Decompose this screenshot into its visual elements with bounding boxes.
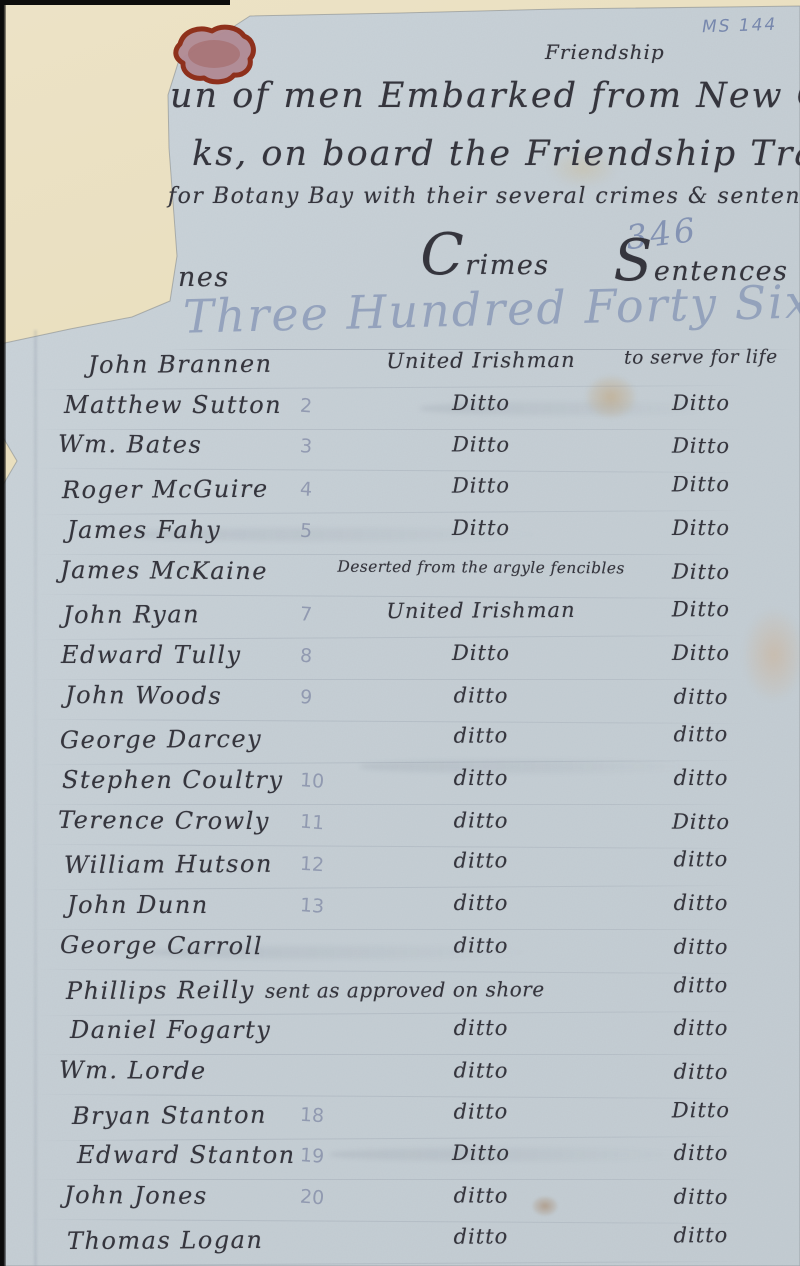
crime-entry: ditto (332, 1016, 630, 1040)
table-row: George Darceydittoditto (0, 722, 800, 769)
sentence-entry: ditto (608, 934, 794, 959)
table-row: Terence Crowly11dittoDitto (0, 805, 800, 852)
pencil-row-number: 7 (299, 603, 312, 626)
table-row: John Woods9dittoditto (0, 680, 800, 727)
pencil-row-number: 19 (299, 1144, 325, 1168)
sentence-entry: ditto (608, 1141, 794, 1165)
table-row: George Carrolldittoditto (0, 930, 800, 977)
convict-name: Matthew Sutton (64, 391, 282, 419)
convict-name: Roger McGuire (62, 475, 269, 504)
sentence-entry: Ditto (608, 516, 794, 540)
sentence-entry: Ditto (608, 597, 794, 622)
crime-entry: Ditto (332, 516, 630, 540)
convict-name: William Hutson (64, 850, 273, 879)
crime-entry: Ditto (332, 432, 630, 458)
crime-entry: United Irishman (332, 348, 630, 374)
pencil-row-number: 3 (299, 435, 313, 458)
sentence-entry: Ditto (608, 472, 794, 497)
table-row: John Ryan7United IrishmanDitto (0, 597, 800, 644)
crime-entry: ditto (332, 723, 630, 749)
pencil-row-number: 12 (299, 853, 325, 876)
crime-entry: ditto (332, 766, 630, 790)
sentence-entry: ditto (608, 972, 794, 997)
crime-entry: Ditto (332, 391, 630, 415)
convict-name: Bryan Stanton (72, 1100, 267, 1129)
sentence-entry: ditto (608, 684, 794, 709)
table-row: William Hutson12dittoditto (0, 847, 800, 894)
sentence-entry: ditto (608, 766, 794, 790)
table-row: Stephen Coultry10dittoditto (0, 766, 800, 808)
table-row: John Jones20dittoditto (0, 1181, 800, 1228)
crime-entry: ditto (332, 1223, 630, 1249)
scanned-manuscript-page: MS 144 Friendship un of men Embarked fro… (0, 0, 800, 1266)
convict-name: John Brannen (88, 350, 273, 379)
crime-entry: ditto (332, 932, 630, 958)
crime-entry: United Irishman (332, 598, 630, 624)
pencil-row-number: 20 (299, 1186, 325, 1210)
pencil-row-number: 8 (299, 644, 313, 667)
convict-name: James Fahy (67, 516, 221, 544)
column-header-crimes: Crimes (340, 250, 630, 281)
convict-name: Edward Tully (61, 641, 242, 669)
sentence-entry: ditto (608, 722, 794, 747)
convict-name: John Dunn (67, 891, 209, 919)
scan-edge-shadow (0, 0, 6, 1266)
sentence-entry: Ditto (608, 391, 794, 415)
convict-name: John Woods (65, 681, 222, 710)
crime-entry: ditto (332, 1183, 630, 1209)
crime-entry: Ditto (332, 641, 630, 665)
pencil-row-number: 13 (299, 894, 325, 918)
pencil-row-number: 18 (299, 1103, 325, 1126)
crime-entry: ditto (332, 848, 630, 874)
convict-name: James McKaine (60, 555, 268, 584)
sentence-entry: ditto (608, 1059, 794, 1084)
crime-entry: ditto (332, 891, 630, 915)
scan-edge-shadow-top (0, 0, 230, 5)
table-row: Daniel Fogartydittoditto (0, 1016, 800, 1058)
table-row: Matthew Sutton2DittoDitto (0, 391, 800, 433)
sentence-entry: Ditto (608, 641, 794, 665)
pencil-row-number: 10 (299, 769, 325, 793)
crime-entry: ditto (332, 807, 630, 833)
sentence-entry: ditto (608, 1222, 794, 1247)
table-row: John Dunn13dittoditto (0, 891, 800, 933)
pencil-row-number: 11 (299, 810, 325, 834)
sentence-entry: ditto (608, 891, 794, 915)
sentence-entry: Ditto (608, 559, 794, 584)
convict-name: Wm. Bates (58, 430, 202, 459)
convict-name: George Carroll (60, 931, 263, 960)
convict-name: Terence Crowly (58, 806, 270, 835)
sentence-entry: Ditto (608, 809, 794, 834)
convict-table: John BrannenUnited Irishmanto serve for … (0, 0, 800, 1266)
table-row: Edward Tully8DittoDitto (0, 641, 800, 683)
crime-entry: Ditto (332, 1141, 630, 1165)
crime-entry: ditto (332, 1098, 630, 1124)
pencil-row-number: 4 (299, 478, 312, 501)
sentence-entry: Ditto (608, 1097, 794, 1122)
crime-entry: ditto (332, 682, 630, 708)
crime-entry: Deserted from the argyle fencibles (332, 557, 630, 577)
crime-entry: Ditto (332, 473, 630, 499)
sentence-entry: ditto (608, 1184, 794, 1209)
convict-name: Wm. Lorde (59, 1056, 207, 1085)
sentence-entry: ditto (608, 847, 794, 872)
table-row: Edward Stanton19Dittoditto (0, 1141, 800, 1183)
convict-name: Phillips Reillysent as approved on shore (66, 974, 545, 1005)
table-row: Thomas Logandittoditto (0, 1222, 800, 1266)
convict-name: Daniel Fogarty (70, 1016, 271, 1044)
table-row: Wm. Lordedittoditto (0, 1055, 800, 1102)
table-row: Roger McGuire4DittoDitto (0, 472, 800, 519)
convict-name: Thomas Logan (67, 1226, 264, 1255)
pencil-row-number: 2 (299, 394, 313, 417)
sentence-entry: to serve for life (608, 347, 794, 369)
table-row: Phillips Reillysent as approved on shore… (0, 972, 800, 1019)
pencil-row-number: 9 (299, 686, 313, 709)
table-row: Bryan Stanton18dittoDitto (0, 1097, 800, 1144)
table-row: James Fahy5DittoDitto (0, 516, 800, 558)
marginal-note: sent as approved on shore (265, 977, 545, 1003)
convict-name: George Darcey (60, 725, 262, 754)
table-row: Wm. Bates3DittoDitto (0, 430, 800, 477)
crime-entry: ditto (332, 1057, 630, 1083)
convict-name: John Jones (64, 1181, 208, 1210)
sentence-entry: ditto (608, 1016, 794, 1040)
convict-name: John Ryan (63, 600, 200, 629)
table-row: James McKaineDeserted from the argyle fe… (0, 555, 800, 602)
pencil-row-number: 5 (299, 519, 313, 542)
convict-name: Stephen Coultry (62, 766, 284, 794)
sentence-entry: Ditto (608, 434, 794, 459)
table-row: John BrannenUnited Irishmanto serve for … (0, 347, 800, 394)
convict-name: Edward Stanton (77, 1141, 296, 1169)
